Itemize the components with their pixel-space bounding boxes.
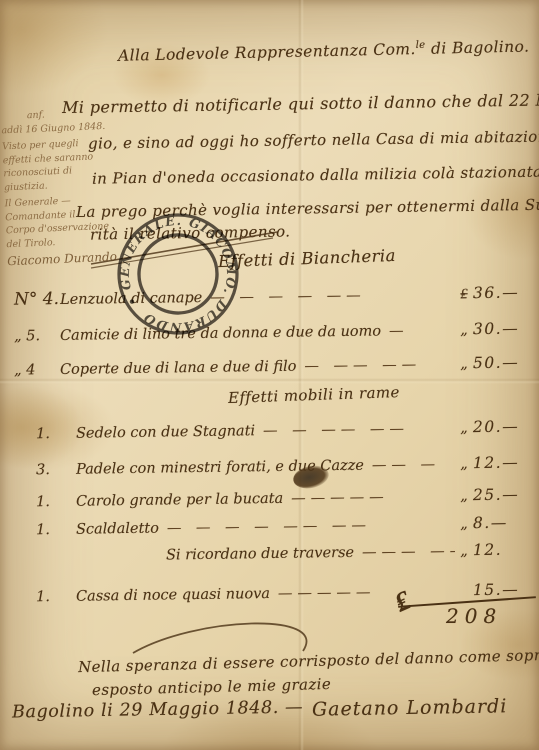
item-qty	[36, 561, 76, 562]
item-qty: „ 4	[14, 362, 60, 379]
item-qty: „ 5.	[14, 328, 60, 345]
leader-dashes: — — —— ——	[255, 420, 455, 439]
item-qty: 1.	[36, 426, 76, 443]
item-desc: Si ricordano due traverse	[166, 545, 354, 564]
item-desc: Sedelo con due Stagnati	[76, 423, 255, 441]
item-qty: 1.	[36, 494, 76, 511]
item-row: „ 5. Camicie di lino tre da donna e due …	[14, 319, 529, 344]
leader-dashes: — — — — —— ——	[159, 516, 455, 536]
ditto-mark: „	[455, 543, 473, 559]
item-qty: N° 4.	[14, 289, 60, 310]
item-row: „ 4 Coperte due di lana e due di filo — …	[14, 353, 529, 378]
item-qty: 1.	[36, 589, 76, 606]
ditto-mark: „	[455, 488, 473, 504]
ditto-mark: „	[455, 420, 473, 436]
closing-flourish	[125, 615, 355, 657]
leader-dashes: ——— ——	[354, 543, 455, 560]
item-amount: 25.—	[473, 485, 529, 504]
item-amount: 36.—	[473, 283, 529, 302]
total-value: 208	[446, 604, 502, 628]
item-amount: 12.—	[473, 453, 529, 472]
leader-dashes: —————	[270, 583, 455, 602]
body-line: Mi permetto di notificarle qui sotto il …	[62, 90, 539, 117]
ditto-mark: „	[455, 322, 473, 338]
item-row: 3. Padele con minestri forati, e due Caz…	[14, 453, 529, 478]
item-amount: 30.—	[473, 319, 529, 338]
leader-dashes: —————	[283, 488, 455, 506]
item-desc: Coperte due di lana e due di filo	[60, 359, 297, 378]
item-amount: 50.—	[473, 353, 529, 372]
manuscript-page: Alla Lodevole Rappresentanza Com.le di B…	[0, 0, 539, 750]
item-desc: Cassa di noce quasi nuova	[76, 586, 270, 605]
margin-note-line: addì 16 Giugno 1848.	[1, 119, 109, 137]
leader-dashes: —— —	[364, 456, 455, 473]
leader-dashes: —	[381, 322, 455, 339]
title-suffix: di Bagolino.	[431, 37, 530, 57]
body-line: in Pian d'oneda occasionato dalla milizi…	[92, 162, 539, 187]
item-amount: 8.—	[473, 513, 529, 532]
item-row: 1. Sedelo con due Stagnati — — —— —— „ 2…	[14, 417, 529, 442]
title-prefix: Alla Lodevole Rappresentanza Com.	[118, 40, 416, 65]
item-row: Si ricordano due traverse ——— —— „ 12.	[14, 540, 529, 565]
svg-text:• GENERALE. GIACOMO. DURANDO: • GENERALE. GIACOMO. DURANDO	[110, 206, 246, 342]
item-desc: Scaldaletto	[76, 521, 159, 538]
stamp-text: • GENERALE. GIACOMO. DURANDO	[110, 206, 246, 342]
ditto-mark: „	[455, 356, 473, 372]
general-durando-stamp: • GENERALE. GIACOMO. DURANDO	[110, 206, 246, 342]
item-qty: 1.	[36, 522, 76, 539]
closing-line: esposto anticipo le mie grazie	[92, 675, 332, 699]
document-title: Alla Lodevole Rappresentanza Com.le di B…	[118, 37, 530, 64]
ditto-mark: „	[455, 456, 473, 472]
item-row: N° 4. Lenzuola di canape — — — — —— ₤ 36…	[14, 282, 529, 309]
item-qty: 3.	[36, 462, 76, 479]
currency-mark: ₤	[455, 286, 473, 303]
item-row: 1. Carolo grande per la bucata ————— „ 2…	[14, 485, 529, 510]
item-row: 1. Scaldaletto — — — — —— —— „ 8.—	[14, 513, 529, 538]
title-superscript: le	[416, 40, 426, 51]
body-line: gio, e sino ad oggi ho sofferto nella Ca…	[88, 127, 539, 152]
item-desc: Carolo grande per la bucata	[76, 491, 283, 510]
item-amount: 12.	[473, 540, 529, 559]
ditto-mark: „	[455, 516, 473, 532]
place-date: Bagolino li 29 Maggio 1848. —	[12, 697, 304, 722]
leader-dashes: — —— ——	[296, 356, 455, 374]
horizontal-fold-crease	[0, 378, 539, 384]
author-signature: Gaetano Lombardi	[312, 695, 508, 720]
item-amount: 20.—	[473, 417, 529, 436]
section-heading-rame: Effetti mobili in rame	[228, 383, 400, 407]
